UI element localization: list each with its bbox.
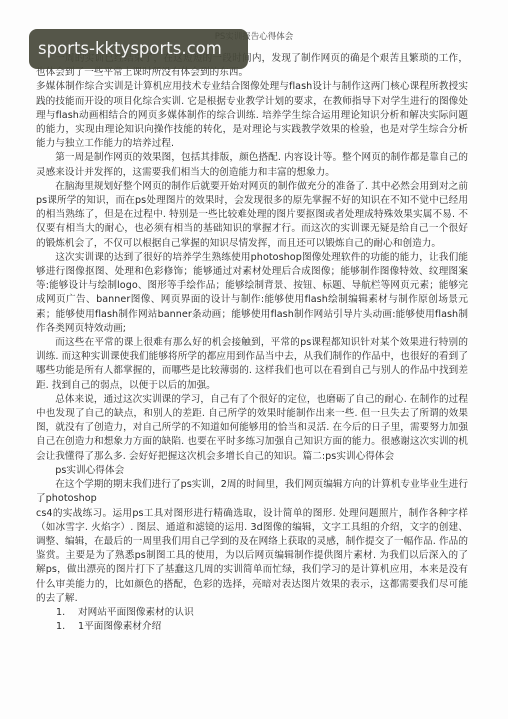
list-text: 对网站平面图像素材的认识 [78,607,194,618]
document-page: PS实训报告心得体会 一周的实训已经结束了，在这短短的一段时间内，发现了制作网页… [0,0,508,719]
paragraph: 这次实训课的达到了很好的培养学生熟练使用photoshop图像处理软件的功能的能… [36,251,468,336]
paragraph: 第一周是制作网页的效果图，包括其排版，颜色搭配. 内容设计等。整个网页的制作都是… [36,151,468,179]
section-subtitle: ps实训心得体会 [36,464,468,478]
paragraph: cs4的实战练习。运用ps工具对图形进行精确选取，设计简单的图形. 处理问题照片… [36,507,468,606]
paragraph: 总体来说，通过这次实训课的学习，自己有了个很好的定位，也磨砺了自己的耐心. 在制… [36,393,468,464]
list-item: 1.对网站平面图像素材的认识 [36,606,468,620]
paragraph: 在这个学期的期末我们进行了ps实训，2周的时间里，我们网页编辑方向的计算机专业毕… [36,478,468,506]
paragraph: 而这些在平常的课上很难有那么好的机会接触到，平常的ps课程都知识针对某个效果进行… [36,336,468,393]
list-number: 1. [56,606,78,620]
paragraph: 多媒体制作综合实训是计算机应用技术专业结合图像处理与flash设计与制作这两门核… [36,80,468,151]
outline-list: 1.对网站平面图像素材的认识 1.1平面图像素材介绍 [36,606,468,634]
watermark-banner: sports-kktysports.com [29,29,248,69]
paragraph: 在脑海里规划好整个网页的制作后就要开始对网页的制作做充分的准备了. 其中必然会用… [36,180,468,251]
list-number: 1. [56,620,78,634]
list-text: 1平面图像素材介绍 [78,621,161,632]
document-body: 一周的实训已经结束了，在这短短的一段时间内，发现了制作网页的确是个艰苦且繁琐的工… [36,52,468,634]
list-item: 1.1平面图像素材介绍 [36,620,468,634]
